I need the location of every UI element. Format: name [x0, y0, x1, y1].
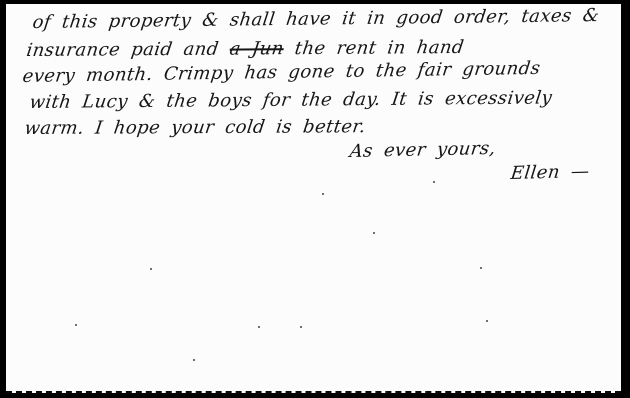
scan-speckle [193, 359, 195, 361]
letter-scan: of this property & shall have it in good… [0, 0, 630, 398]
handwriting-line-5: warm. I hope your cold is better. [23, 116, 367, 140]
scan-speckle [300, 326, 302, 328]
handwriting-line-1: of this property & shall have it in good… [31, 5, 600, 34]
handwriting-line-3: every month. Crimpy has gone to the fair… [21, 58, 541, 88]
handwriting-line-2: insurance paid and a Jun the rent in han… [25, 37, 465, 62]
scan-speckle [486, 320, 488, 322]
scan-speckle [322, 193, 324, 195]
signoff-line: As ever yours, [348, 138, 497, 163]
scan-speckle [258, 326, 260, 328]
letter-paper: of this property & shall have it in good… [6, 4, 621, 393]
scan-speckle [373, 232, 375, 234]
handwriting-line-4: with Lucy & the boys for the day. It is … [28, 87, 553, 114]
scan-speckle [480, 267, 482, 269]
signature-line: Ellen — [509, 161, 590, 185]
handwriting-line-2-pre: insurance paid and [25, 39, 231, 61]
handwriting-line-2-post: the rent in hand [282, 37, 465, 59]
scan-speckle [433, 181, 435, 183]
crossed-out-word: a Jun [228, 38, 285, 59]
scan-speckle [75, 324, 77, 326]
scan-speckle [150, 268, 152, 270]
